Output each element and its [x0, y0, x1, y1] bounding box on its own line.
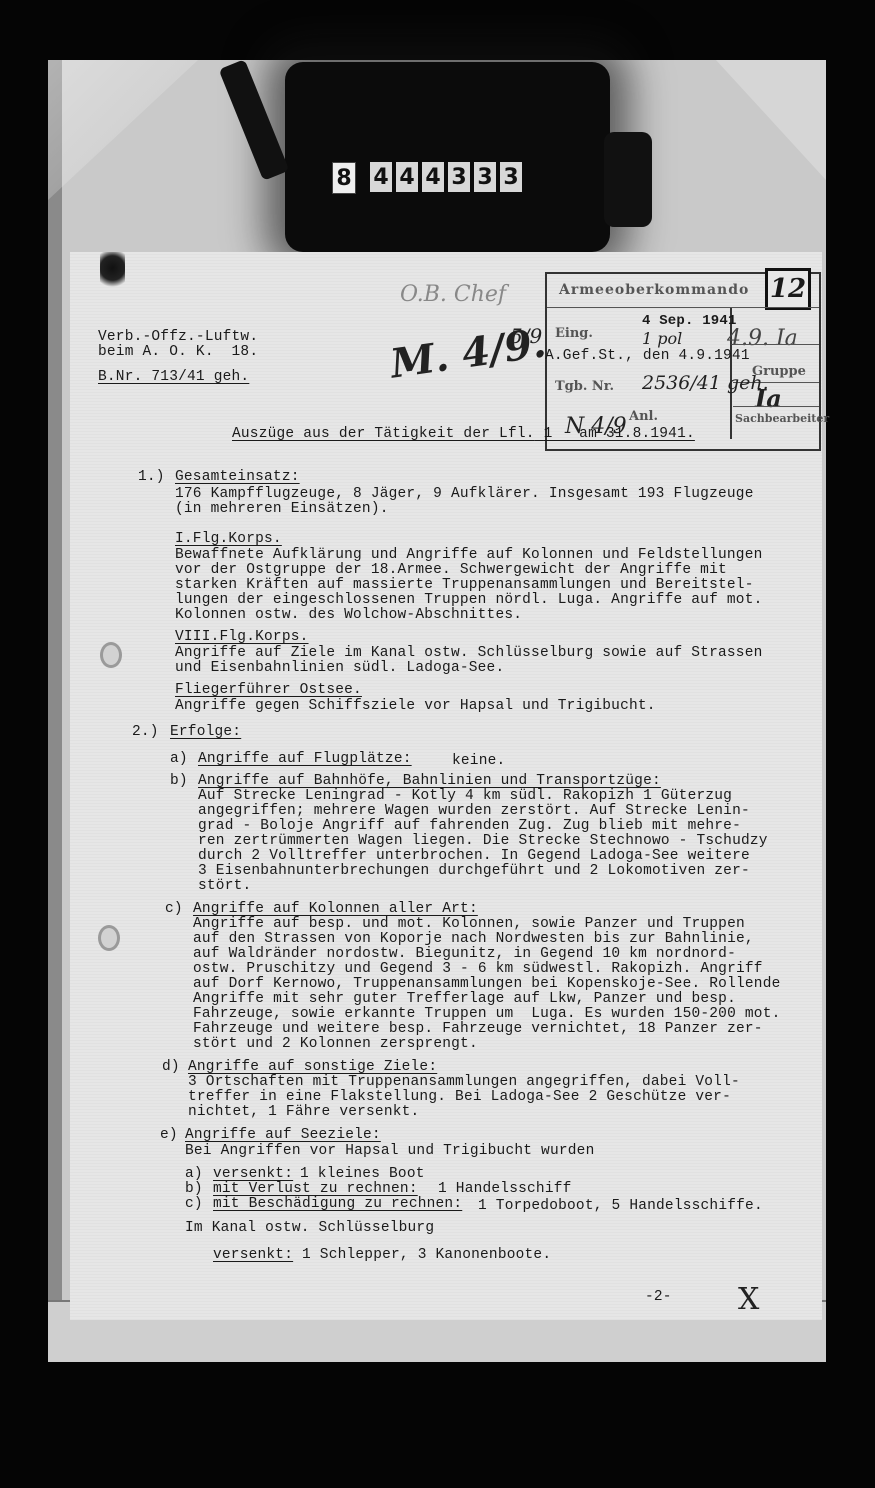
body-line: angegriffen; mehrere Wagen wurden zerstö…: [198, 804, 750, 819]
body-line: (in mehreren Einsätzen).: [175, 502, 389, 517]
canal-line: Im Kanal ostw. Schlüsselburg: [185, 1221, 434, 1236]
stamp-diary-label: Tgb. Nr.: [555, 379, 614, 394]
body-line: auf den Strassen von Koporje nach Nordwe…: [193, 932, 754, 947]
item-heading: Angriffe auf Kolonnen aller Art:: [193, 902, 478, 917]
body-line: Angriffe gegen Schiffsziele vor Hapsal u…: [175, 699, 656, 714]
item-heading: Angriffe auf Seeziele:: [185, 1128, 381, 1143]
counter-digit: 3: [448, 162, 470, 192]
body-line: nichtet, 1 Fähre versenkt.: [188, 1105, 419, 1120]
body-line: lungen der eingeschlossenen Truppen nörd…: [175, 593, 763, 608]
frame-counter-device: 8 4 4 4 3 3 3: [285, 62, 610, 252]
item-letter: e): [160, 1128, 178, 1143]
receipt-stamp: Armeeoberkommando 12 Eing. 4 Sep. 1941 1…: [545, 272, 821, 451]
document-title: Auszüge aus der Tätigkeit der Lfl. 1 am …: [232, 427, 695, 442]
body-line: Angriffe auf besp. und mot. Kolonnen, so…: [193, 917, 745, 932]
item-letter: a): [170, 752, 188, 767]
stamp-org-name: Armeeoberkommando: [559, 282, 749, 298]
counter-digit: 4: [396, 162, 418, 192]
counter-digit: 4: [422, 162, 444, 192]
tape-corner-top-left: [48, 60, 198, 200]
stamp-group-value: Ia: [755, 384, 782, 413]
item-letter: b): [170, 774, 188, 789]
body-line: treffer in eine Flakstellung. Bei Ladoga…: [188, 1090, 731, 1105]
stamp-handwritten-ref: 1 pol: [642, 329, 682, 348]
body-line: stört und 2 Kolonnen zersprengt.: [193, 1037, 478, 1052]
subitem-value: 1 Torpedoboot, 5 Handelsschiffe.: [478, 1199, 763, 1214]
section-heading: Erfolge:: [170, 725, 241, 740]
body-line: Fahrzeuge, sowie erkannte Truppen um Lug…: [193, 1007, 781, 1022]
counter-digit: 3: [474, 162, 496, 192]
stamp-attach-label: Anl.: [629, 409, 658, 424]
body-line: durch 2 Volltreffer unterbrochen. In Geg…: [198, 849, 750, 864]
paper-clip-mark: [100, 252, 125, 292]
subitem-letter: b): [185, 1182, 203, 1197]
section-heading: Gesamteinsatz:: [175, 470, 300, 485]
subitem-letter: c): [185, 1197, 203, 1212]
body-line: Bewaffnete Aufklärung und Angriffe auf K…: [175, 548, 763, 563]
item-heading: Angriffe auf sonstige Ziele:: [188, 1060, 437, 1075]
counter-digit: 4: [370, 162, 392, 192]
punch-hole-icon: [100, 642, 122, 668]
subsection-heading: Fliegerführer Ostsee.: [175, 683, 362, 698]
handwritten-note-ob: O.B. Chef: [400, 282, 506, 307]
body-line: Angriffe auf Ziele im Kanal ostw. Schlüs…: [175, 646, 763, 661]
body-line: Bei Angriffen vor Hapsal und Trigibucht …: [185, 1144, 594, 1159]
item-heading: Angriffe auf Flugplätze:: [198, 752, 412, 767]
body-line: auf Waldränder nordostw. Biegunitz, in G…: [193, 947, 736, 962]
section-number: 1.): [138, 470, 165, 485]
subitem-label: mit Beschädigung zu rechnen:: [213, 1197, 462, 1212]
document-page: Verb.-Offz.-Luftw. beim A. O. K. 18. B.N…: [70, 252, 822, 1320]
body-line: 176 Kampfflugzeuge, 8 Jäger, 9 Aufklärer…: [175, 487, 754, 502]
subitem-value: 1 kleines Boot: [300, 1167, 425, 1182]
body-line: grad - Boloje Angriff auf fahrenden Zug.…: [198, 819, 741, 834]
stamp-place-date: A.Gef.St., den 4.9.1941: [545, 349, 750, 364]
subitem-label: mit Verlust zu rechnen:: [213, 1182, 418, 1197]
item-inline-value: keine.: [452, 754, 505, 769]
counter-knob: [604, 132, 652, 227]
tape-corner-top-right: [716, 60, 826, 180]
subsection-heading: VIII.Flg.Korps.: [175, 630, 309, 645]
subitem-letter: a): [185, 1167, 203, 1182]
stamp-page-number-box: 12: [765, 268, 811, 310]
body-line: Angriffe mit sehr guter Trefferlage auf …: [193, 992, 736, 1007]
body-line: ostw. Pruschitzy und Gegend 3 - 6 km süd…: [193, 962, 763, 977]
frame-left-edge: [48, 60, 62, 1362]
item-letter: c): [165, 902, 183, 917]
page-marker: -2-: [645, 1290, 672, 1305]
subsection-heading: I.Flg.Korps.: [175, 532, 282, 547]
body-line: auf Dorf Kernowo, Truppenansammlungen be…: [193, 977, 781, 992]
sender-line-1: Verb.-Offz.-Luftw.: [98, 330, 258, 345]
stamp-received-label: Eing.: [555, 326, 593, 341]
body-line: vor der Ostgruppe der 18.Armee. Schwerge…: [175, 563, 727, 578]
body-line: ren zertrümmerten Wagen liegen. Die Stre…: [198, 834, 768, 849]
subitem-label: versenkt:: [213, 1167, 293, 1182]
counter-digits: 8 4 4 4 3 3 3: [332, 162, 522, 194]
canal-value: 1 Schlepper, 3 Kanonenboote.: [302, 1248, 551, 1263]
body-line: starken Kräften auf massierte Truppenans…: [175, 578, 754, 593]
item-letter: d): [162, 1060, 180, 1075]
handwritten-date: 5/9: [510, 324, 542, 348]
stamp-received-date: 4 Sep. 1941: [642, 314, 737, 329]
counter-prefix-digit: 8: [332, 162, 356, 194]
sender-line-2: beim A. O. K. 18.: [98, 345, 258, 360]
body-line: 3 Eisenbahnunterbrechungen durchgeführt …: [198, 864, 750, 879]
body-line: und Eisenbahnlinien südl. Ladoga-See.: [175, 661, 504, 676]
body-line: stört.: [198, 879, 251, 894]
canal-label: versenkt:: [213, 1248, 293, 1263]
body-line: Fahrzeuge und weitere besp. Fahrzeuge ve…: [193, 1022, 763, 1037]
subitem-value: 1 Handelsschiff: [438, 1182, 572, 1197]
body-line: Kolonnen ostw. des Wolchow-Abschnittes.: [175, 608, 522, 623]
body-line: 3 Ortschaften mit Truppenansammlungen an…: [188, 1075, 740, 1090]
handwritten-x-mark: X: [738, 1282, 759, 1317]
punch-hole-icon: [98, 925, 120, 951]
title-prefix: Auszüge aus der Tätigkeit der Lfl.: [232, 426, 535, 442]
section-number: 2.): [132, 725, 159, 740]
stamp-clerk-label: Sachbearbeiter: [735, 412, 829, 425]
counter-digit: 3: [500, 162, 522, 192]
item-heading: Angriffe auf Bahnhöfe, Bahnlinien und Tr…: [198, 774, 661, 789]
title-date: 1 am 31.8.1941.: [544, 426, 695, 442]
reference-number: B.Nr. 713/41 geh.: [98, 370, 249, 385]
stamp-diary-number: 2536/41 geh.: [642, 372, 769, 394]
body-line: Auf Strecke Leningrad - Kotly 4 km südl.…: [198, 789, 732, 804]
